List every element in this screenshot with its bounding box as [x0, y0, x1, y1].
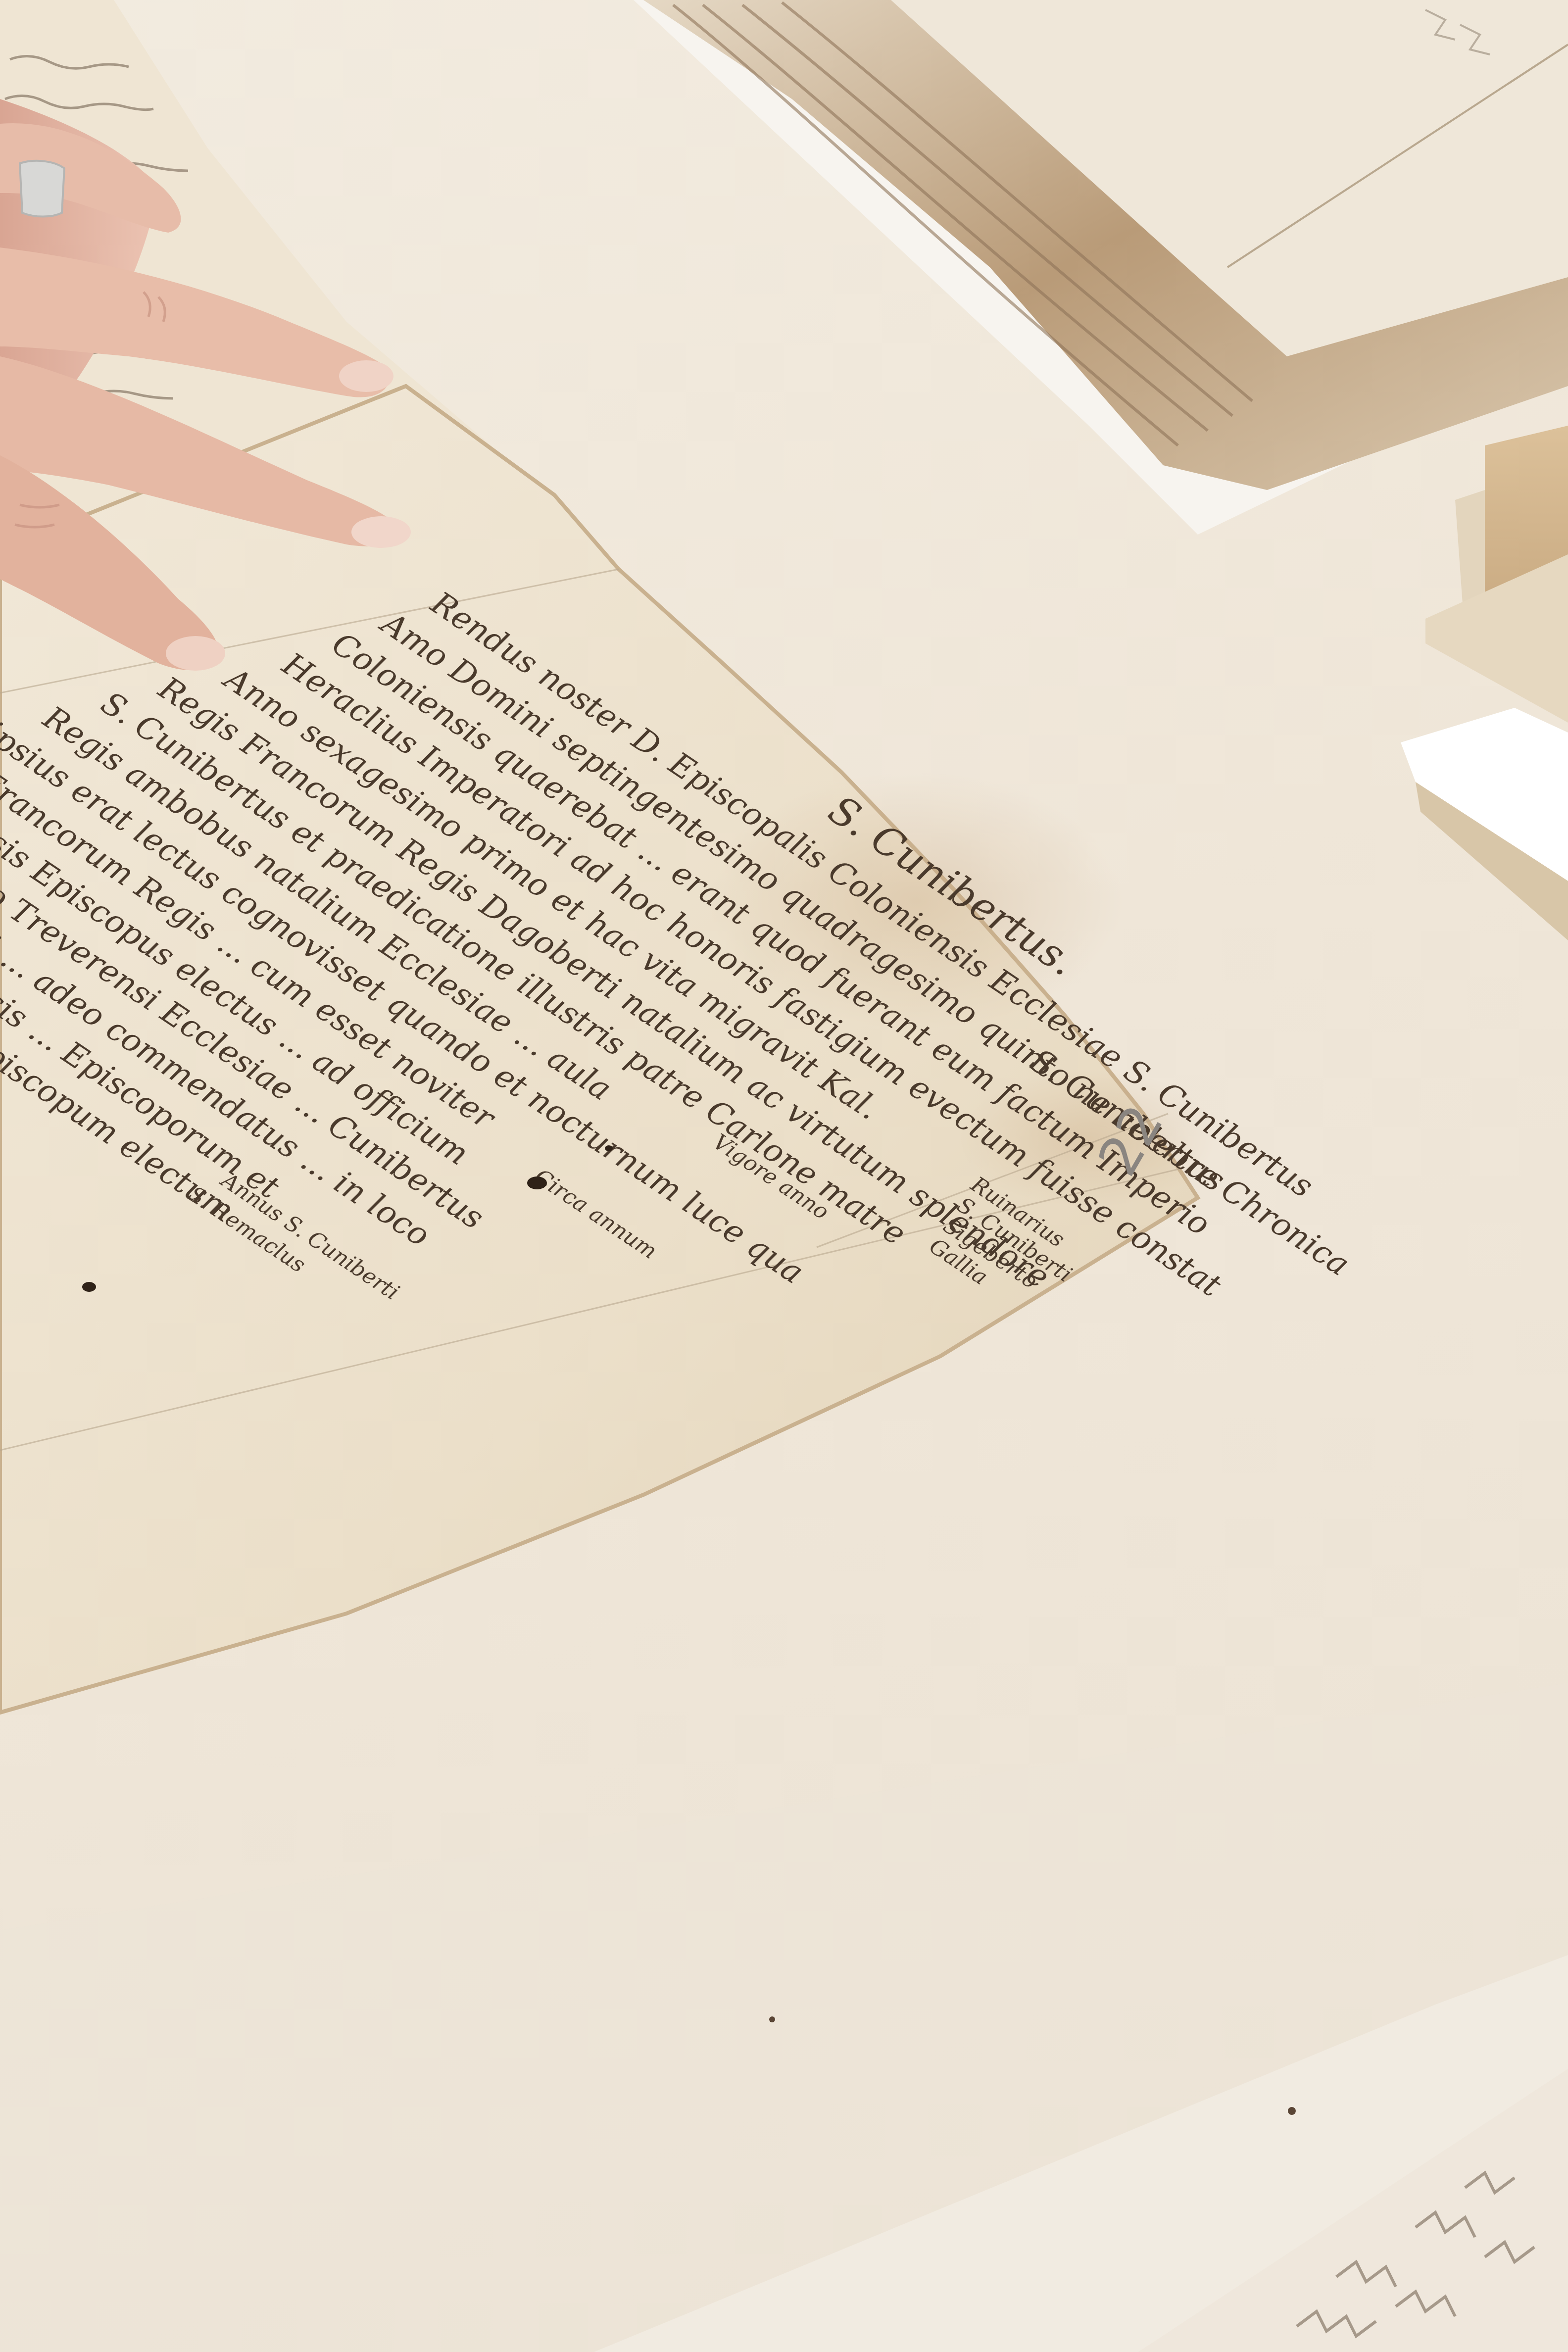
photo-illustration: S. Cunibertus. S. Cunibertus Rendus nost… [0, 0, 1568, 2352]
photo-scene: S. Cunibertus. S. Cunibertus Rendus nost… [0, 0, 1568, 2352]
book-stack-top-right [634, 0, 1568, 535]
book-boxes-right [1401, 426, 1568, 940]
